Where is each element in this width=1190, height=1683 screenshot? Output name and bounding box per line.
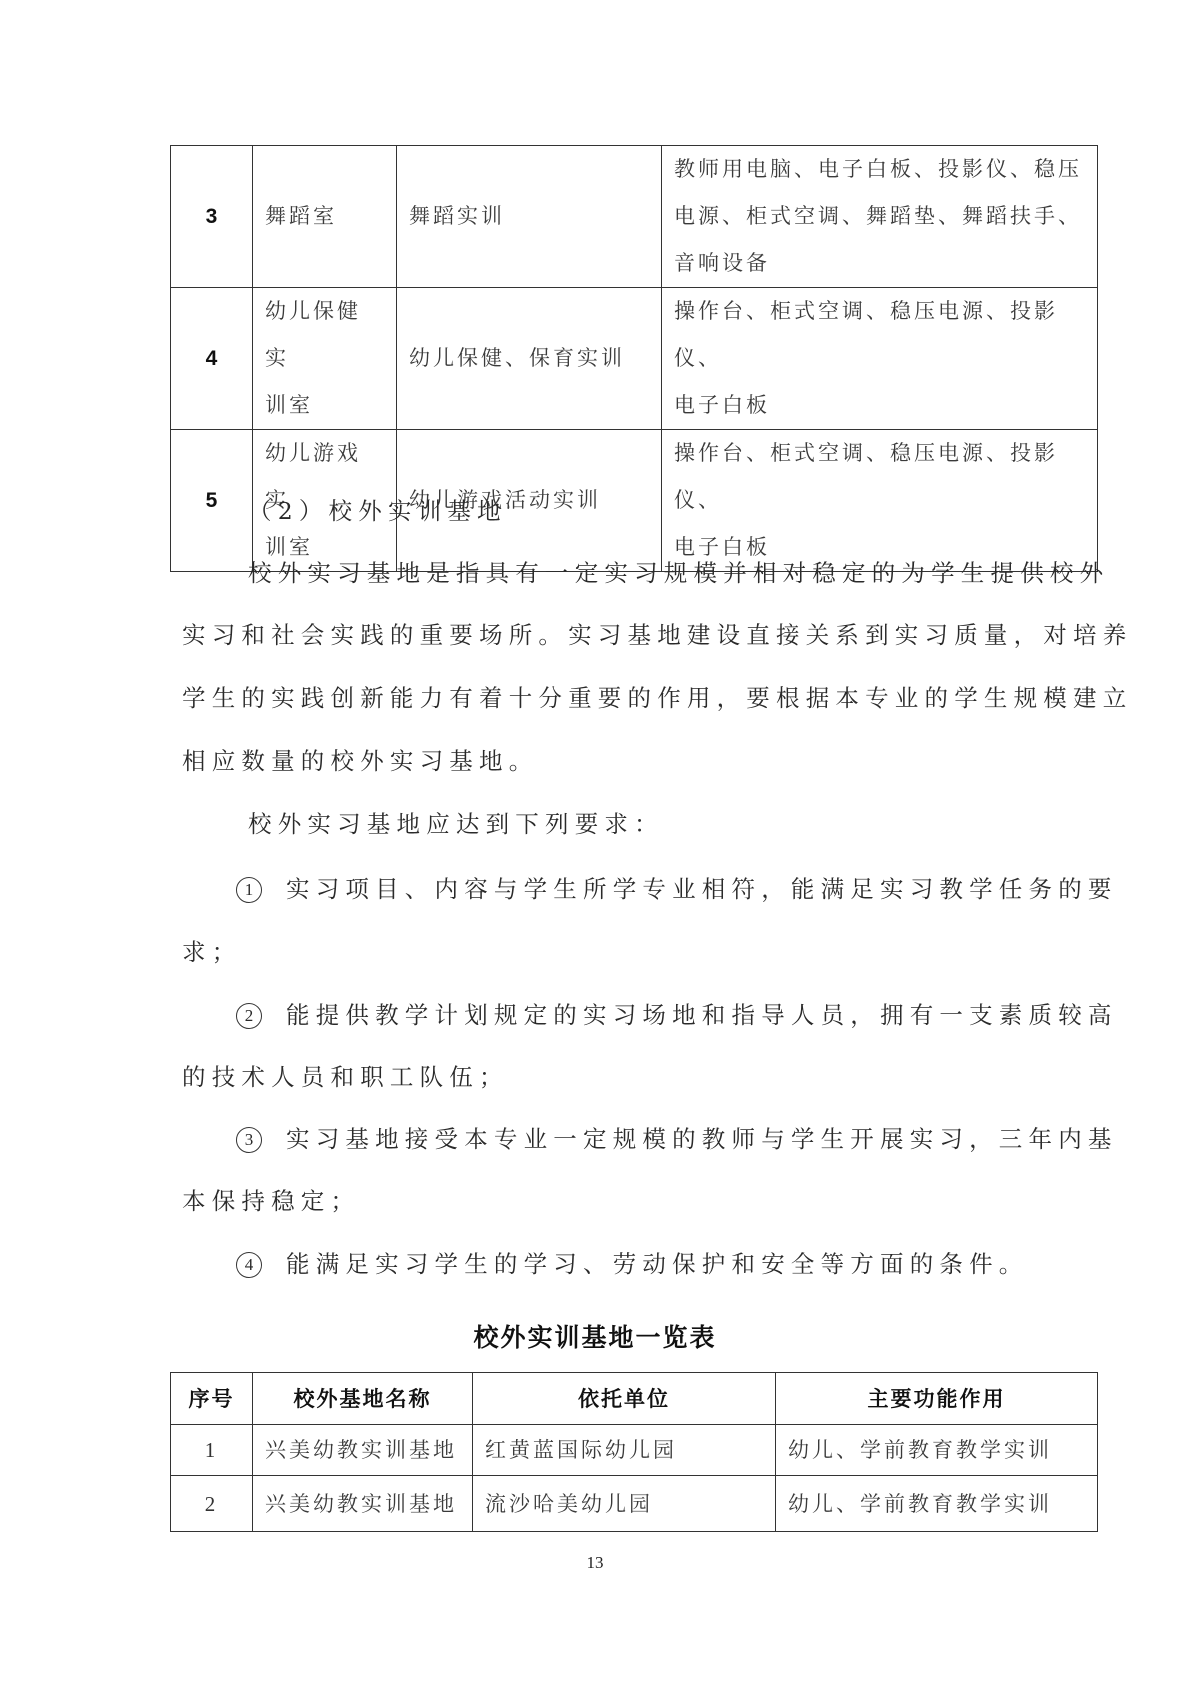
host-unit: 流沙哈美幼儿园: [473, 1476, 776, 1532]
column-header: 校外基地名称: [253, 1373, 473, 1425]
host-unit: 红黄蓝国际幼儿园: [473, 1425, 776, 1476]
column-header: 依托单位: [473, 1373, 776, 1425]
intro-line: 校外实习基地是指具有一定实习规模并相对稳定的为学生提供校外: [182, 542, 1152, 604]
main-function: 幼儿、学前教育教学实训: [776, 1476, 1098, 1532]
intro-line: 实习和社会实践的重要场所。实习基地建设直接关系到实习质量，对培养: [182, 604, 1086, 666]
intro-line: 相应数量的校外实习基地。: [182, 730, 1086, 792]
table-row: 1 兴美幼教实训基地 红黄蓝国际幼儿园 幼儿、学前教育教学实训: [171, 1425, 1098, 1476]
requirement-continuation: 求；: [182, 921, 1086, 983]
row-number: 1: [171, 1425, 253, 1476]
requirement-item: 3实习基地接受本专业一定规模的教师与学生开展实习，三年内基: [236, 1108, 1140, 1170]
page-number: 13: [0, 1553, 1190, 1573]
section-heading: （2）校外实训基地: [248, 480, 1152, 542]
table-title: 校外实训基地一览表: [0, 1318, 1190, 1354]
circled-number-3: 3: [236, 1127, 262, 1153]
room-function: 幼儿保健、保育实训: [397, 288, 662, 430]
room-name: 舞蹈室: [253, 146, 397, 288]
table-row: 2 兴美幼教实训基地 流沙哈美幼儿园 幼儿、学前教育教学实训: [171, 1476, 1098, 1532]
row-number: 3: [171, 146, 253, 288]
requirements-lead: 校外实习基地应达到下列要求：: [182, 793, 1152, 855]
circled-number-1: 1: [236, 877, 262, 903]
requirement-item: 1实习项目、内容与学生所学专业相符，能满足实习教学任务的要: [236, 858, 1140, 920]
table-header-row: 序号 校外基地名称 依托单位 主要功能作用: [171, 1373, 1098, 1425]
room-name: 幼儿保健实 训室: [253, 288, 397, 430]
circled-number-2: 2: [236, 1003, 262, 1029]
table-row: 3 舞蹈室 舞蹈实训 教师用电脑、电子白板、投影仪、稳压 电源、柜式空调、舞蹈垫…: [171, 146, 1098, 288]
row-number: 4: [171, 288, 253, 430]
requirement-continuation: 的技术人员和职工队伍；: [182, 1046, 1086, 1108]
column-header: 序号: [171, 1373, 253, 1425]
base-name: 兴美幼教实训基地: [253, 1425, 473, 1476]
requirement-continuation: 本保持稳定；: [182, 1170, 1086, 1232]
table-row: 4 幼儿保健实 训室 幼儿保健、保育实训 操作台、柜式空调、稳压电源、投影仪、 …: [171, 288, 1098, 430]
row-number: 2: [171, 1476, 253, 1532]
column-header: 主要功能作用: [776, 1373, 1098, 1425]
external-bases-table: 序号 校外基地名称 依托单位 主要功能作用 1 兴美幼教实训基地 红黄蓝国际幼儿…: [170, 1372, 1098, 1532]
requirement-item: 4能满足实习学生的学习、劳动保护和安全等方面的条件。: [236, 1233, 1140, 1295]
intro-line: 学生的实践创新能力有着十分重要的作用，要根据本专业的学生规模建立: [182, 667, 1086, 729]
room-function: 舞蹈实训: [397, 146, 662, 288]
requirement-item: 2能提供教学计划规定的实习场地和指导人员，拥有一支素质较高: [236, 984, 1140, 1046]
base-name: 兴美幼教实训基地: [253, 1476, 473, 1532]
room-equipment: 教师用电脑、电子白板、投影仪、稳压 电源、柜式空调、舞蹈垫、舞蹈扶手、 音响设备: [662, 146, 1098, 288]
room-equipment: 操作台、柜式空调、稳压电源、投影仪、 电子白板: [662, 288, 1098, 430]
circled-number-4: 4: [236, 1252, 262, 1278]
main-function: 幼儿、学前教育教学实训: [776, 1425, 1098, 1476]
